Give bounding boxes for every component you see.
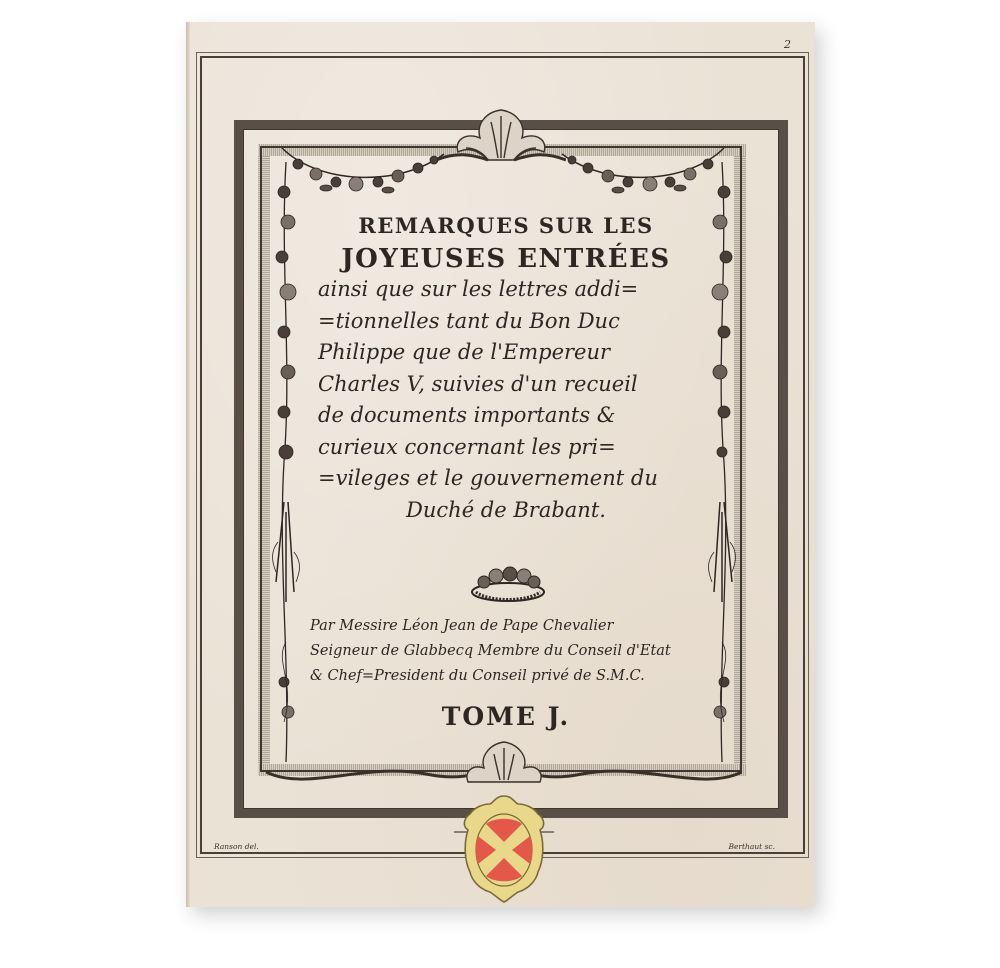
designer-credit: Ranson del.: [214, 842, 259, 851]
subtitle-line: de documents importants &: [318, 400, 706, 432]
author-block: Par Messire Léon Jean de Pape Chevalier …: [306, 614, 710, 689]
subtitle-line: Charles V, suivies d'un recueil: [318, 369, 706, 401]
document-page: 2: [186, 22, 815, 907]
page-number: 2: [784, 38, 791, 51]
subtitle-line: =vileges et le gouvernement du: [318, 463, 706, 495]
title-block: REMARQUES SUR LES JOYEUSES ENTRÉES ainsi…: [306, 207, 706, 526]
title-line-2: JOYEUSES ENTRÉES: [306, 244, 706, 274]
author-line: Par Messire Léon Jean de Pape Chevalier: [310, 614, 710, 639]
title-line-1: REMARQUES SUR LES: [306, 213, 706, 238]
author-line: & Chef=President du Conseil privé de S.M…: [310, 664, 710, 689]
coat-of-arms-icon: [454, 792, 554, 904]
subtitle-line: Philippe que de l'Empereur: [318, 337, 706, 369]
subtitle-line: curieux concernant les pri=: [318, 432, 706, 464]
subtitle-text: ainsi que sur les lettres addi= =tionnel…: [306, 274, 706, 526]
volume-label: TOME J.: [306, 702, 706, 731]
flower-crown-icon: [468, 562, 548, 606]
engraver-credit: Berthaut sc.: [728, 842, 775, 851]
binding-edge: [186, 22, 190, 907]
author-line: Seigneur de Glabbecq Membre du Conseil d…: [310, 639, 710, 664]
subtitle-line: =tionnelles tant du Bon Duc: [318, 306, 706, 338]
subtitle-line: ainsi que sur les lettres addi=: [318, 274, 706, 306]
subtitle-line: Duché de Brabant.: [318, 495, 706, 527]
